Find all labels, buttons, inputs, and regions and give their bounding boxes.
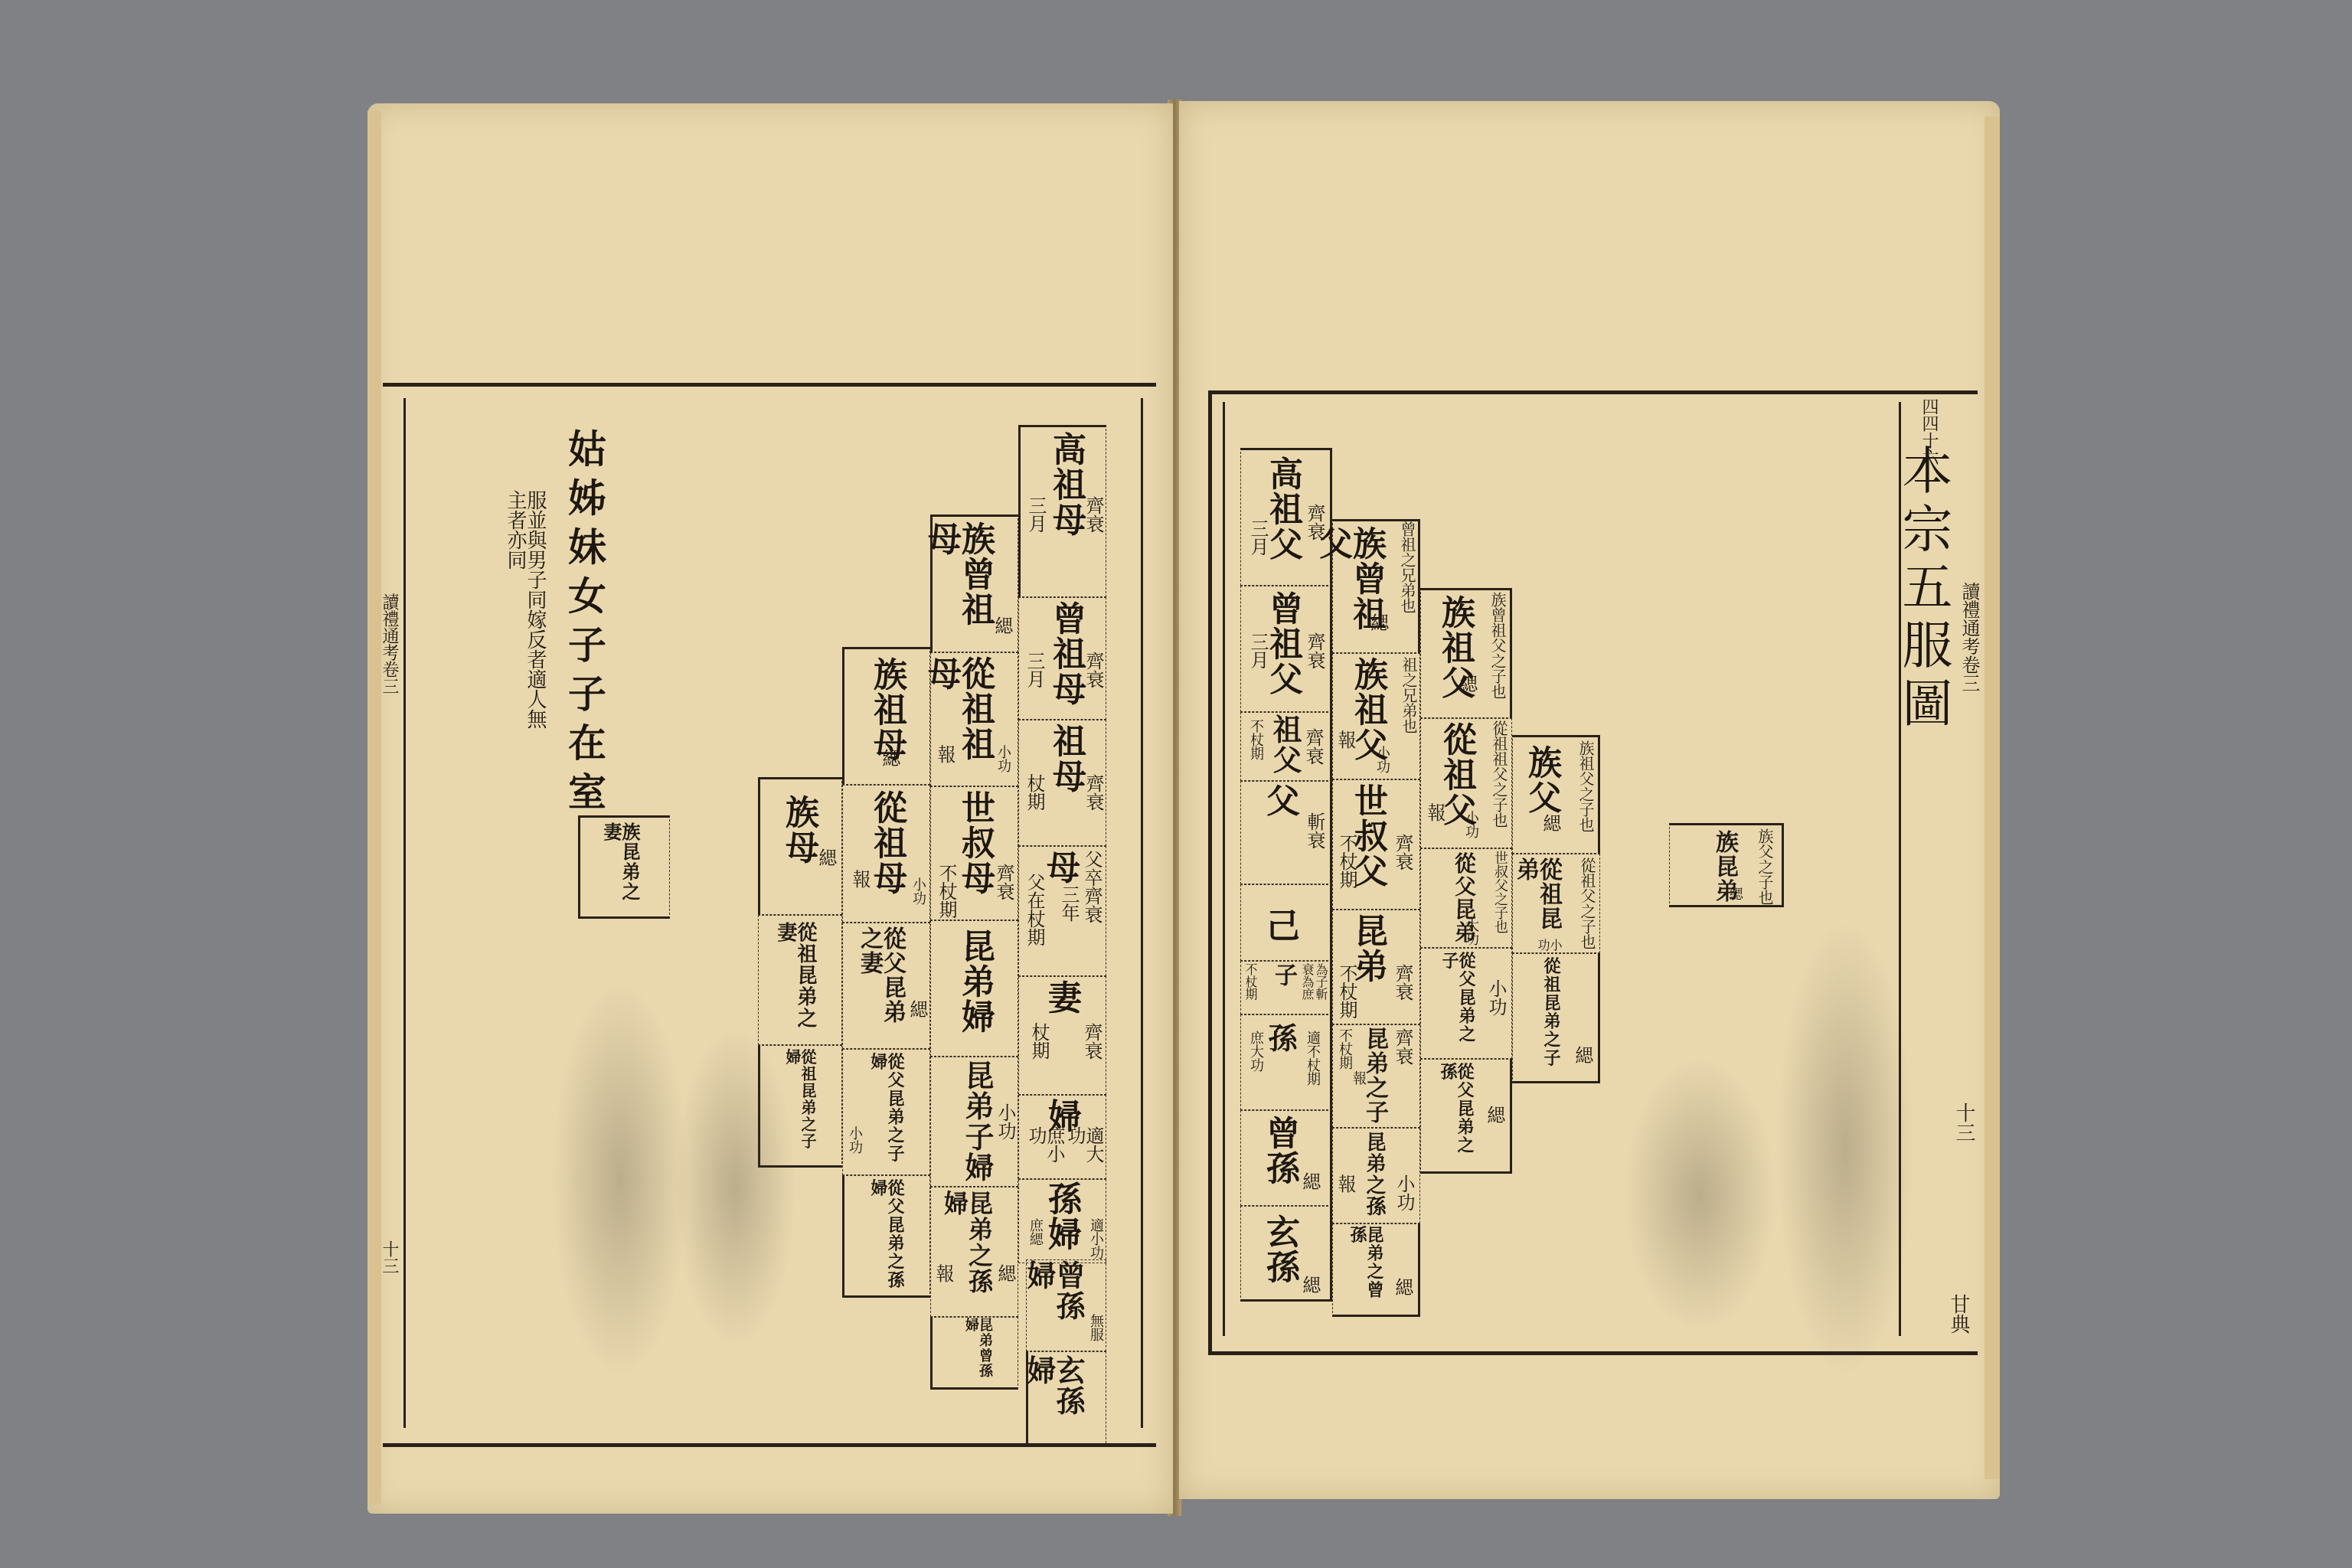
cell-label: 從祖祖母 bbox=[924, 656, 991, 786]
cell-note: 不杖期 bbox=[1338, 834, 1356, 889]
cell-note: 報 bbox=[1336, 730, 1354, 749]
cell-zengsunfu: 曾孫婦 無服 bbox=[1026, 1259, 1106, 1351]
cell-note: 衰為庶 bbox=[1301, 963, 1313, 1000]
cell-congfukundizhiqi: 從父昆弟之妻 緦 bbox=[842, 923, 930, 1049]
cell-congzufu: 從祖父 報 小功 從祖祖父之子也 bbox=[1420, 718, 1512, 848]
cell-zuzengzufu: 族曾祖父 緦 曾祖之兄弟也 bbox=[1332, 519, 1420, 653]
cell-note: 祖之兄弟也 bbox=[1401, 657, 1416, 733]
cell-congfukundizhizi: 從父昆弟之子 小功 bbox=[1420, 948, 1512, 1059]
cell-fu: 父 斬衰 bbox=[1240, 781, 1332, 884]
cell-fu: 婦 適大功 庶小功 bbox=[1018, 1095, 1106, 1179]
cell-zi: 子 為子斬 衰為庶 不杖期 bbox=[1240, 961, 1332, 1014]
cell-zuzumu: 族祖母 緦 bbox=[842, 647, 930, 785]
cell-ji: 己 bbox=[1240, 884, 1332, 961]
cell-note: 小功 bbox=[911, 877, 925, 905]
cell-note: 三月 bbox=[1249, 632, 1267, 669]
left-folio-number: 十三 bbox=[381, 1240, 397, 1274]
page-edge bbox=[1984, 116, 2000, 1479]
cell-label: 曾孫 bbox=[1263, 1116, 1296, 1186]
cell-note: 小功 bbox=[996, 1103, 1014, 1140]
cell-label: 昆弟子婦 bbox=[962, 1060, 991, 1183]
cell-note: 報 bbox=[1336, 1174, 1354, 1193]
cell-note: 從祖父之子也 bbox=[1579, 857, 1595, 949]
cell-note: 杖期 bbox=[1030, 1023, 1048, 1060]
cell-kundizifu: 昆弟子婦 小功 bbox=[930, 1057, 1018, 1187]
cell-mu: 母 三年 父卒齊衰 父在杖期 bbox=[1018, 846, 1106, 976]
cell-note: 無服 bbox=[1089, 1314, 1102, 1341]
cell-congzumu: 從祖母 報 小功 bbox=[842, 785, 930, 923]
cell-label: 族曾祖父 bbox=[1315, 526, 1383, 652]
cell-label: 玄孫婦 bbox=[1024, 1355, 1083, 1445]
cell-note: 緦 bbox=[880, 749, 899, 767]
cell-note: 小功 bbox=[1464, 811, 1478, 838]
cell-note: 杖期 bbox=[1025, 774, 1044, 811]
cell-note: 族祖父之子也 bbox=[1578, 740, 1593, 832]
cell-note: 曾祖之兄弟也 bbox=[1400, 521, 1415, 613]
cell-label: 族祖母 bbox=[870, 657, 903, 763]
cell-note: 三月 bbox=[1025, 652, 1044, 688]
cell-congzukundi: 從祖昆弟 小功 從祖父之子也 bbox=[1512, 854, 1600, 953]
ink-stain bbox=[674, 1026, 796, 1347]
cell-note: 緦 bbox=[1541, 814, 1560, 832]
cell-note: 適大功 bbox=[1066, 1126, 1102, 1178]
cell-label: 從父昆弟之孫婦 bbox=[870, 1179, 903, 1295]
cell-note: 大功 bbox=[1464, 918, 1478, 946]
cell-note: 緦 bbox=[996, 1264, 1014, 1282]
cell-zuzufu: 族祖父 報 小功 祖之兄弟也 bbox=[1332, 653, 1420, 779]
cell-sun: 孫 適不杖期 庶大功 bbox=[1240, 1014, 1332, 1110]
cell-note: 不杖期 bbox=[1244, 963, 1256, 1000]
cell-shishumu: 世叔母 齊衰 不杖期 bbox=[930, 786, 1018, 920]
cell-note: 三月 bbox=[1027, 496, 1045, 533]
cell-note: 緦 bbox=[1301, 1172, 1319, 1191]
cell-zukundi: 族昆弟 緦 族父之子也 bbox=[1669, 823, 1784, 907]
cell-label: 曾孫婦 bbox=[1024, 1260, 1083, 1351]
cell-note: 齊衰 bbox=[1084, 652, 1102, 688]
cell-note: 不杖期 bbox=[1338, 1028, 1351, 1070]
cell-note: 小功 bbox=[1395, 1174, 1413, 1211]
cell-kundi: 昆弟 齊衰 不杖期 bbox=[1332, 910, 1420, 1024]
cell-label: 母 bbox=[1043, 850, 1076, 885]
cell-note: 不杖期 bbox=[937, 864, 955, 919]
cell-note: 齊衰 bbox=[1083, 1023, 1101, 1060]
cell-note: 緦 bbox=[1728, 887, 1742, 900]
cell-note: 緦 bbox=[1573, 1046, 1592, 1064]
cell-note: 小功 bbox=[1487, 979, 1505, 1016]
page-edge bbox=[367, 111, 381, 1504]
cell-note: 小功 bbox=[1537, 939, 1561, 952]
cell-label: 曾祖母 bbox=[1049, 601, 1083, 707]
cell-zumu: 祖母 齊衰 杖期 bbox=[1018, 720, 1106, 846]
cell-note: 齊衰 bbox=[1393, 834, 1412, 871]
cell-note: 族曾祖父之子也 bbox=[1490, 592, 1505, 699]
cell-congzuzumu: 從祖祖母 報 小功 bbox=[930, 652, 1018, 786]
footer-mark: 甘典 bbox=[1949, 1294, 1968, 1334]
cell-congfukundizhizifu: 從父昆弟之子婦 小功 bbox=[842, 1049, 930, 1175]
cell-label: 從祖昆弟之子 bbox=[1543, 957, 1560, 1067]
cell-congzukundizhizi: 從祖昆弟之子 緦 bbox=[1512, 953, 1600, 1083]
cell-label: 族父 bbox=[1524, 745, 1558, 815]
cell-label: 妻 bbox=[1044, 980, 1078, 1015]
cell-note: 齊衰 bbox=[1084, 774, 1102, 811]
cell-note: 三年 bbox=[1060, 885, 1078, 922]
cell-label: 祖父 bbox=[1270, 714, 1299, 776]
cell-zufu: 祖父 齊衰 不杖期 bbox=[1240, 712, 1332, 781]
cell-note: 小功 bbox=[1375, 746, 1389, 773]
cell-label: 世叔母 bbox=[958, 790, 991, 896]
cell-label: 從父昆弟之子婦 bbox=[870, 1053, 903, 1174]
cell-congfukundi: 從父昆弟 大功 世叔父之子也 bbox=[1420, 848, 1512, 948]
cell-note: 緦 bbox=[1393, 1278, 1412, 1296]
cell-label: 從父昆弟之妻 bbox=[857, 926, 903, 1048]
cell-note: 為子斬 bbox=[1315, 963, 1327, 1000]
cell-label: 族母 bbox=[782, 795, 815, 865]
cell-sunfu: 孫婦 適小功 庶緦 bbox=[1018, 1179, 1106, 1263]
left-heading: 姑姊妹女子子在室 bbox=[565, 429, 603, 821]
left-heading-note: 服並與男子同嫁反者適人無主者亦同 bbox=[505, 490, 545, 735]
cell-label: 從祖母 bbox=[870, 790, 903, 896]
cell-note: 庶小功 bbox=[1027, 1126, 1063, 1178]
cell-congfukundizhisun: 從父昆弟之孫 緦 bbox=[1420, 1059, 1512, 1174]
ink-stain bbox=[551, 980, 689, 1378]
cell-note: 父在杖期 bbox=[1025, 873, 1044, 946]
cell-note: 齊衰 bbox=[1393, 1028, 1412, 1065]
cell-label: 族昆弟之妻 bbox=[602, 822, 639, 916]
right-folio-number: 十三 bbox=[1954, 1102, 1974, 1142]
cell-label: 高祖母 bbox=[1049, 432, 1083, 537]
cell-note: 庶緦 bbox=[1028, 1218, 1042, 1246]
cell-label: 從父昆弟之子 bbox=[1441, 952, 1475, 1058]
cell-label: 子 bbox=[1272, 963, 1295, 988]
cell-note: 報 bbox=[934, 1264, 952, 1282]
cell-note: 緦 bbox=[1369, 613, 1387, 632]
cell-note: 緦 bbox=[1458, 675, 1476, 693]
left-spine-label: 讀禮通考卷三 bbox=[381, 593, 397, 694]
cell-label: 昆弟之曾孫 bbox=[1349, 1226, 1383, 1315]
cell-note: 不杖期 bbox=[1249, 719, 1263, 760]
cell-label: 父 bbox=[1263, 783, 1296, 818]
cell-note: 父卒齊衰 bbox=[1083, 850, 1101, 923]
cell-note: 齊衰 bbox=[1084, 496, 1102, 533]
cell-label: 己 bbox=[1263, 908, 1296, 943]
cell-label: 孫 bbox=[1266, 1023, 1295, 1053]
cell-xuansunfu: 玄孫婦 bbox=[1026, 1351, 1106, 1447]
cell-note: 小功 bbox=[848, 1126, 861, 1154]
cell-label: 昆弟之孫 bbox=[1364, 1132, 1384, 1217]
cell-zukundizhiqi: 族昆弟之妻 bbox=[578, 815, 670, 919]
cell-note: 從祖祖父之子也 bbox=[1491, 720, 1507, 828]
cell-note: 報 bbox=[1426, 803, 1444, 822]
cell-kundizhizi: 昆弟之子 齊衰 不杖期 報 bbox=[1332, 1024, 1420, 1128]
cell-label: 曾祖父 bbox=[1266, 591, 1299, 697]
cell-kundizengsun: 昆弟之曾孫 緦 bbox=[1332, 1223, 1420, 1317]
cell-zufu3: 族父 緦 族祖父之子也 bbox=[1512, 735, 1600, 854]
cell-note: 適小功 bbox=[1089, 1218, 1102, 1259]
cell-label: 玄孫 bbox=[1263, 1214, 1296, 1285]
cell-zuzufu2: 族祖父 緦 族曾祖父之子也 bbox=[1420, 588, 1512, 718]
cell-gaozumu: 高祖母 齊衰 三月 bbox=[1018, 425, 1106, 597]
cell-note: 緦 bbox=[817, 848, 835, 867]
cell-xuansun: 玄孫 緦 bbox=[1240, 1206, 1332, 1302]
cell-label: 高祖父 bbox=[1266, 456, 1299, 562]
cell-congfukundizhisunfu: 從父昆弟之孫婦 bbox=[842, 1175, 930, 1298]
cell-note: 族父之子也 bbox=[1757, 828, 1772, 905]
cell-note: 不杖期 bbox=[1338, 964, 1356, 1019]
ink-stain bbox=[1776, 919, 1914, 1378]
cell-label: 祖母 bbox=[1049, 724, 1083, 794]
cell-note: 小功 bbox=[996, 745, 1010, 773]
cell-note: 緦 bbox=[993, 616, 1011, 635]
cell-zengzumu: 曾祖母 齊衰 三月 bbox=[1018, 597, 1106, 720]
right-spine-label: 讀禮通考卷三 bbox=[1960, 582, 1978, 692]
cell-note: 齊衰 bbox=[995, 864, 1013, 900]
cell-kundizengsunfu: 昆弟曾孫婦 bbox=[930, 1317, 1018, 1390]
cell-note: 報 bbox=[1351, 1071, 1365, 1085]
cell-note: 適不杖期 bbox=[1305, 1031, 1319, 1086]
cell-label: 昆弟婦 bbox=[958, 929, 991, 1034]
page-title: 本宗五服圖 bbox=[1897, 444, 1948, 735]
cell-label: 昆弟之孫婦 bbox=[942, 1191, 991, 1316]
ink-stain bbox=[1623, 1057, 1776, 1332]
cell-qi: 妻 齊衰 杖期 bbox=[1018, 976, 1106, 1095]
cell-kundizhisun: 昆弟之孫 小功 報 bbox=[1332, 1128, 1420, 1223]
cell-kundifu: 昆弟婦 bbox=[930, 920, 1018, 1057]
cell-note: 齊衰 bbox=[1393, 964, 1412, 1001]
cell-zengsun: 曾孫 緦 bbox=[1240, 1110, 1332, 1206]
cell-note: 報 bbox=[936, 745, 954, 763]
cell-note: 齊衰 bbox=[1304, 728, 1322, 765]
cell-note: 三月 bbox=[1249, 519, 1267, 556]
cell-label: 昆弟曾孫婦 bbox=[964, 1318, 991, 1387]
cell-shishufu: 世叔父 齊衰 不杖期 bbox=[1332, 779, 1420, 910]
cell-note: 世叔父之子也 bbox=[1493, 851, 1507, 933]
cell-zumu2: 族母 緦 bbox=[758, 777, 842, 915]
cell-label: 孫婦 bbox=[1044, 1181, 1078, 1252]
cell-note: 緦 bbox=[908, 1000, 926, 1018]
cell-note: 庶大功 bbox=[1249, 1031, 1263, 1072]
cell-label: 從父昆弟之孫 bbox=[1439, 1063, 1473, 1171]
cell-kundizhisunfu: 昆弟之孫婦 緦 報 bbox=[930, 1187, 1018, 1317]
cell-note: 斬衰 bbox=[1305, 812, 1324, 849]
cell-label: 族曾祖母 bbox=[924, 521, 991, 652]
cell-zuzengzumu: 族曾祖母 緦 bbox=[930, 514, 1018, 652]
cell-note: 緦 bbox=[1301, 1276, 1319, 1294]
cell-note: 緦 bbox=[1485, 1106, 1504, 1124]
cell-note: 報 bbox=[851, 870, 869, 888]
